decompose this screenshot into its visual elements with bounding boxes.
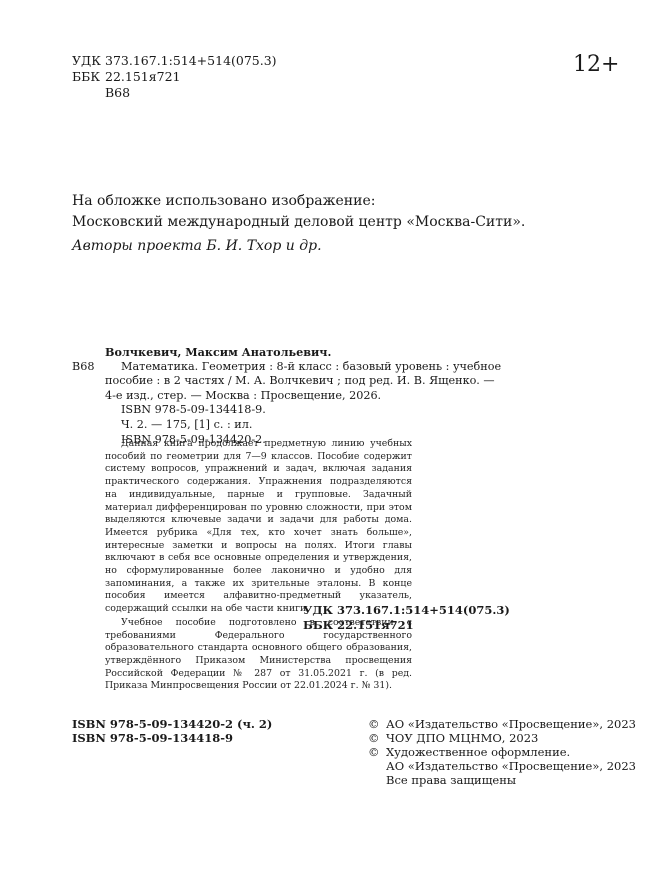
copyright-continuation: АО «Издательство «Просвещение», 2023 <box>368 759 636 773</box>
copyright-icon: © <box>368 717 386 731</box>
copyright-line: © ЧОУ ДПО МЦНМО, 2023 <box>368 731 636 745</box>
author-code: В68 <box>105 85 130 101</box>
copyright-icon: © <box>368 745 386 759</box>
copyright-line: © Художественное оформление. <box>368 745 636 759</box>
udk-row: УДК 373.167.1:514+514(075.3) <box>72 53 277 69</box>
udk-value: 373.167.1:514+514(075.3) <box>105 53 277 69</box>
bbk-row: ББК 22.151я721 <box>72 69 277 85</box>
udk-label: УДК <box>72 53 105 69</box>
copyright-block: © АО «Издательство «Просвещение», 2023 ©… <box>368 717 636 787</box>
isbn-list: ISBN 978-5-09-134420-2 (ч. 2) ISBN 978-5… <box>72 717 272 745</box>
cover-image-source: Московский международный деловой центр «… <box>72 212 592 233</box>
isbn-item: ISBN 978-5-09-134418-9 <box>72 731 272 745</box>
rights-reserved: Все права защищены <box>368 773 636 787</box>
author-code-row: В68 <box>72 85 277 101</box>
entry-code: В68 <box>72 360 94 375</box>
bibliographic-record: Волчкевич, Максим Анатольевич. В68 Матем… <box>72 345 592 447</box>
annotation-paragraph: Данная книга продолжает предметную линию… <box>105 438 412 616</box>
classification-codes-bottom: УДК 373.167.1:514+514(075.3) ББК 22.151я… <box>303 603 510 633</box>
bibliographic-entry: В68 Математика. Геометрия : 8-й класс : … <box>72 360 592 448</box>
copyright-line: © АО «Издательство «Просвещение», 2023 <box>368 717 636 731</box>
udk-bottom: УДК 373.167.1:514+514(075.3) <box>303 603 510 618</box>
annotation: Данная книга продолжает предметную линию… <box>105 438 412 693</box>
cover-credits: На обложке использовано изображение: Мос… <box>72 191 592 257</box>
project-authors: Авторы проекта Б. И. Тхор и др. <box>72 236 592 257</box>
copyright-icon: © <box>368 731 386 745</box>
bbk-value: 22.151я721 <box>105 69 180 85</box>
part-info: Ч. 2. — 175, [1] с. : ил. <box>105 418 592 433</box>
cover-image-note: На обложке использовано изображение: <box>72 191 592 212</box>
title-line: Математика. Геометрия : 8-й класс : базо… <box>105 360 592 375</box>
bbk-bottom: ББК 22.151я721 <box>303 618 510 633</box>
isbn-general: ISBN 978-5-09-134418-9. <box>105 403 592 418</box>
age-rating: 12+ <box>573 52 619 78</box>
bbk-label: ББК <box>72 69 105 85</box>
title-line: пособие : в 2 частях / М. А. Волчкевич ;… <box>105 374 592 389</box>
title-line: 4-е изд., стер. — Москва : Просвещение, … <box>105 389 592 404</box>
book-author: Волчкевич, Максим Анатольевич. <box>105 345 592 360</box>
isbn-item: ISBN 978-5-09-134420-2 (ч. 2) <box>72 717 272 731</box>
classification-codes-top: УДК 373.167.1:514+514(075.3) ББК 22.151я… <box>72 53 277 101</box>
